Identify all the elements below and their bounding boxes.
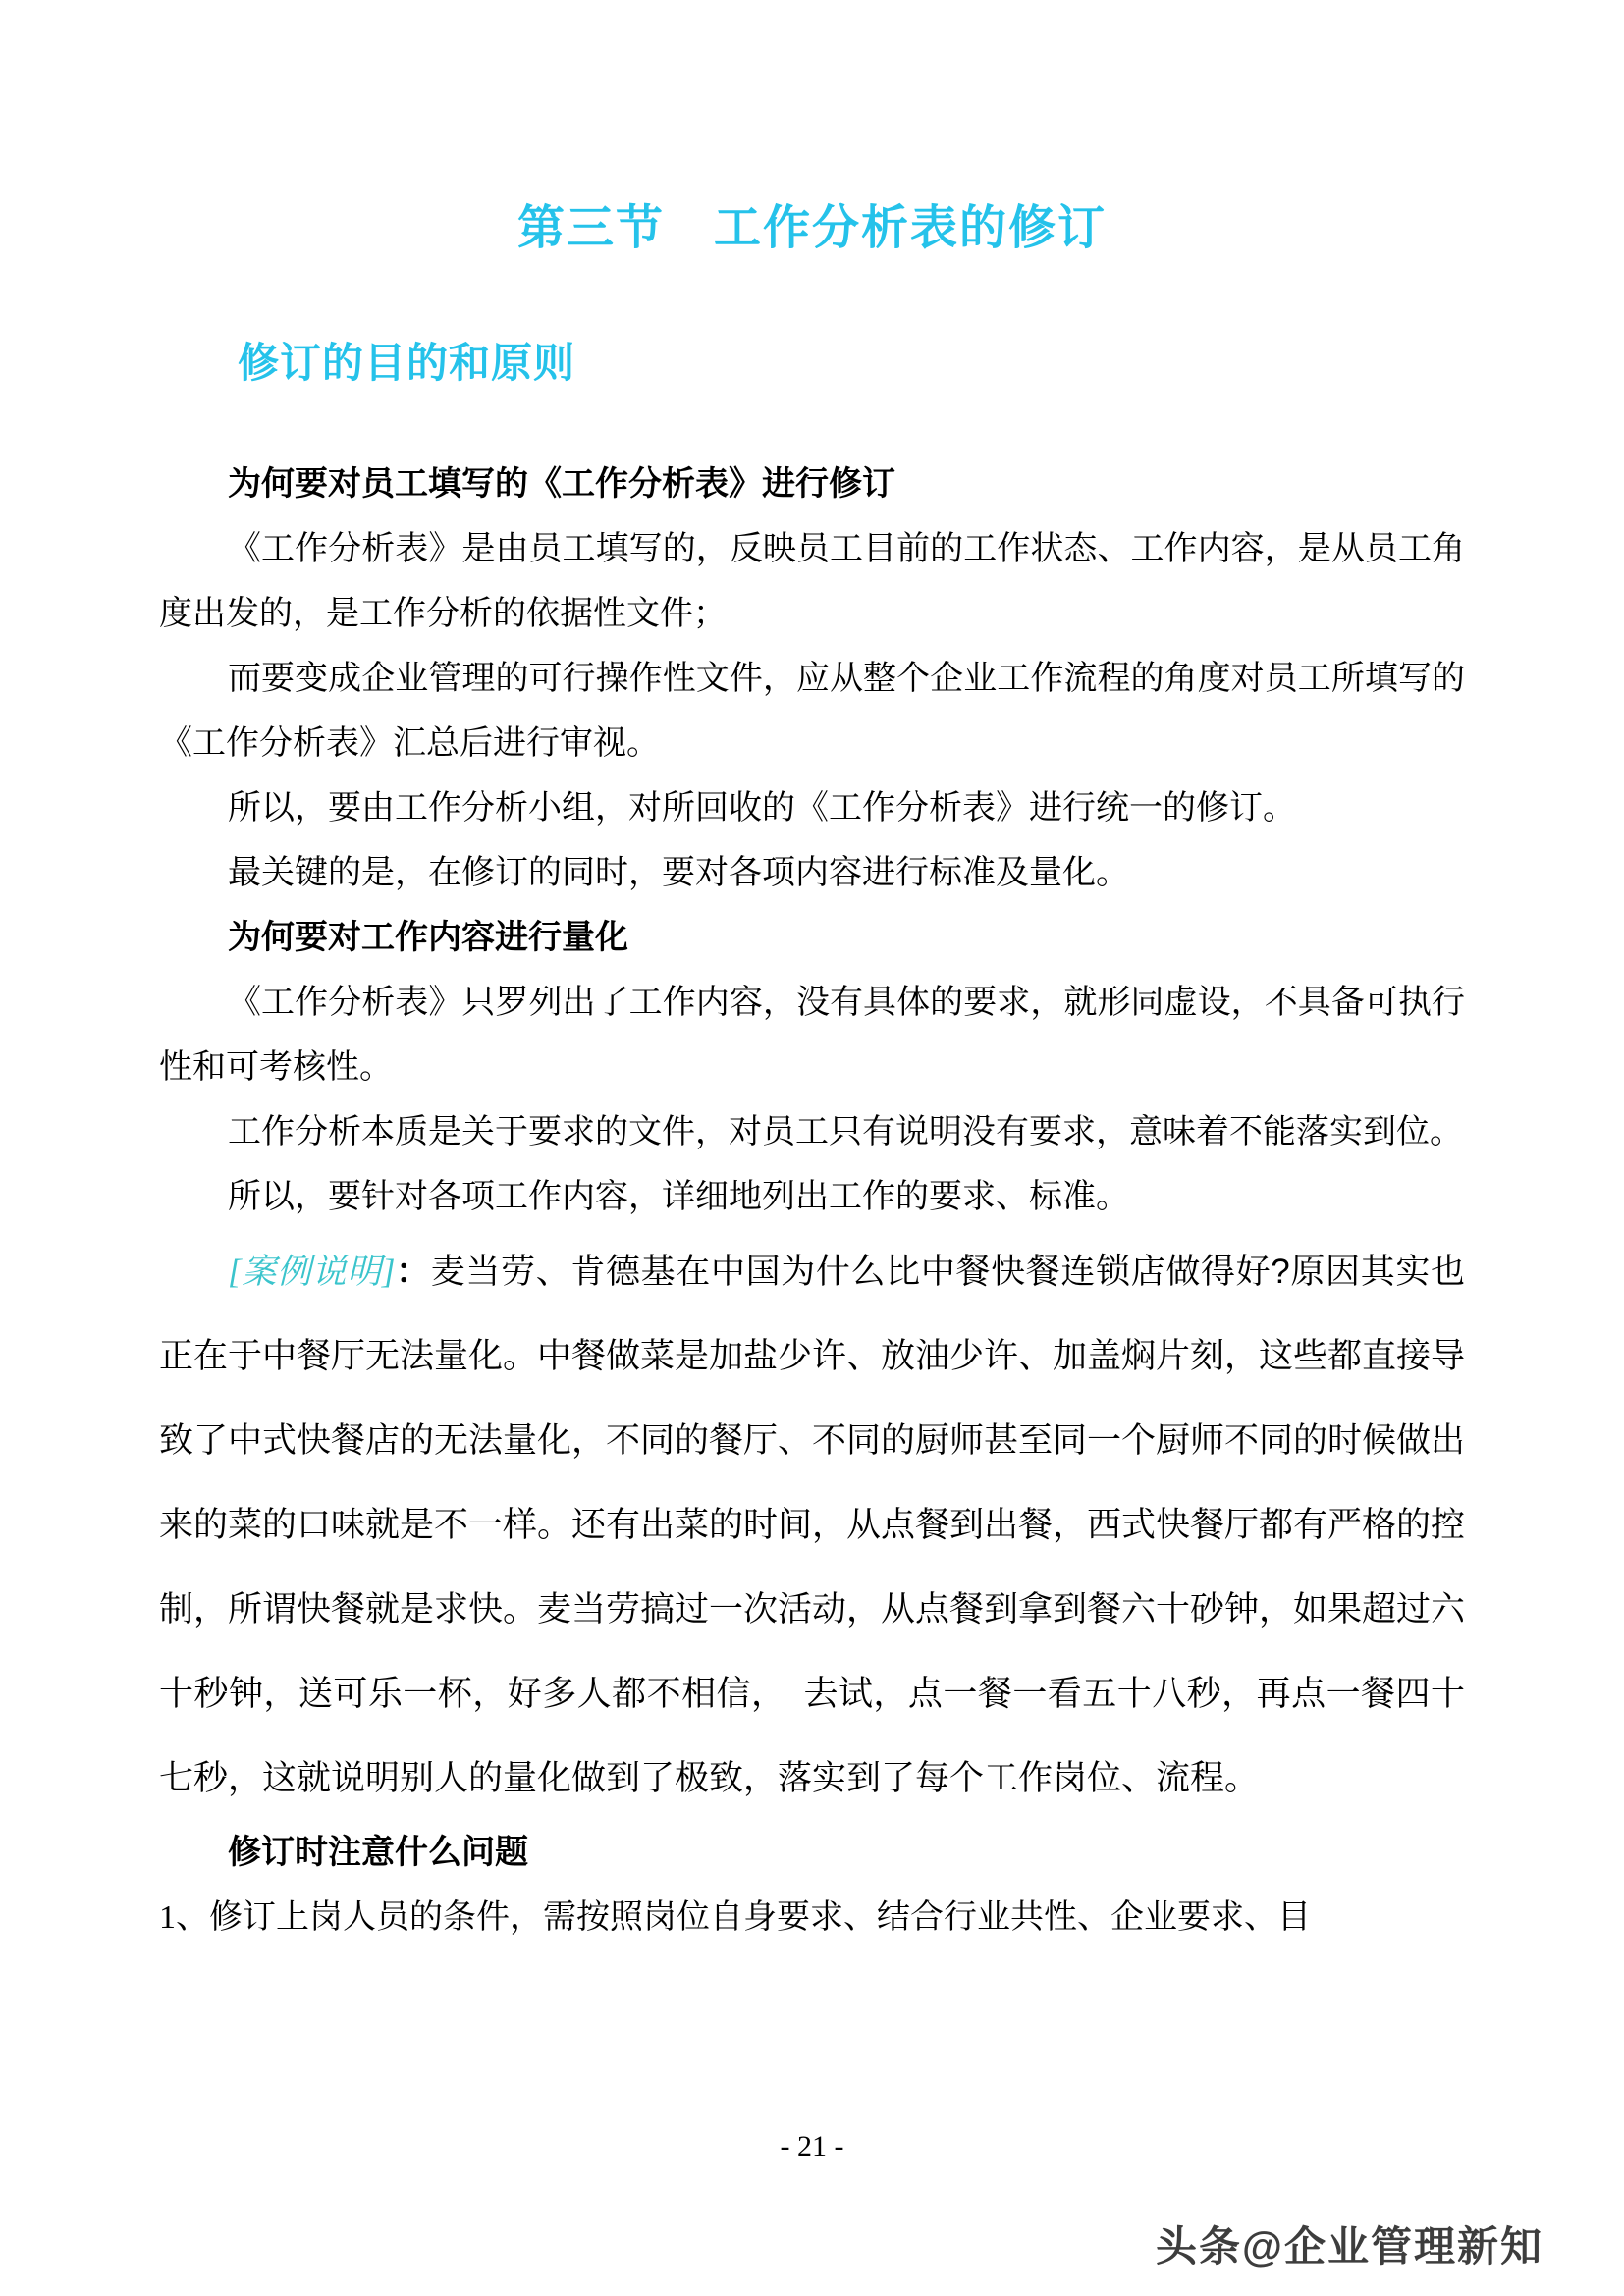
numbered-item: 1、修订上岗人员的条件，需按照岗位自身要求、结合行业共性、企业要求、目 xyxy=(159,1886,1465,1950)
subheading-why-revise: 为何要对员工填写的《工作分析表》进行修订 xyxy=(159,453,1465,517)
document-page: 第三节 工作分析表的修订 修订的目的和原则 为何要对员工填写的《工作分析表》进行… xyxy=(0,0,1624,2296)
paragraph: 最关键的是，在修订的同时，要对各项内容进行标准及量化。 xyxy=(159,841,1465,906)
case-study-colon: ： xyxy=(395,1253,430,1291)
paragraph: 工作分析本质是关于要求的文件，对员工只有说明没有要求，意味着不能落实到位。 xyxy=(159,1100,1465,1165)
paragraph: 所以，要由工作分析小组，对所回收的《工作分析表》进行统一的修订。 xyxy=(159,776,1465,841)
page-title: 第三节 工作分析表的修订 xyxy=(159,0,1465,257)
paragraph: 所以，要针对各项工作内容，详细地列出工作的要求、标准。 xyxy=(159,1165,1465,1230)
subheading-revision-issues: 修订时注意什么问题 xyxy=(159,1821,1465,1886)
document-content: 第三节 工作分析表的修订 修订的目的和原则 为何要对员工填写的《工作分析表》进行… xyxy=(0,0,1624,1950)
subheading-why-quantify: 为何要对工作内容进行量化 xyxy=(159,906,1465,971)
paragraph: 而要变成企业管理的可行操作性文件，应从整个企业工作流程的角度对员工所填写的《工作… xyxy=(159,647,1465,776)
case-study-paragraph: [案例说明]：麦当劳、肯德基在中国为什么比中餐快餐连锁店做得好?原因其实也正在于… xyxy=(159,1230,1465,1821)
paragraph: 《工作分析表》只罗列出了工作内容，没有具体的要求，就形同虚设，不具备可执行性和可… xyxy=(159,971,1465,1100)
case-study-label: [案例说明] xyxy=(228,1253,395,1291)
page-number: - 21 - xyxy=(0,2130,1624,2163)
section-heading: 修订的目的和原则 xyxy=(238,341,1465,386)
case-study-text: 麦当劳、肯德基在中国为什么比中餐快餐连锁店做得好?原因其实也正在于中餐厅无法量化… xyxy=(159,1253,1465,1797)
paragraph: 《工作分析表》是由员工填写的，反映员工目前的工作状态、工作内容，是从员工角度出发… xyxy=(159,517,1465,647)
watermark-text: 头条@企业管理新知 xyxy=(1156,2215,1543,2273)
